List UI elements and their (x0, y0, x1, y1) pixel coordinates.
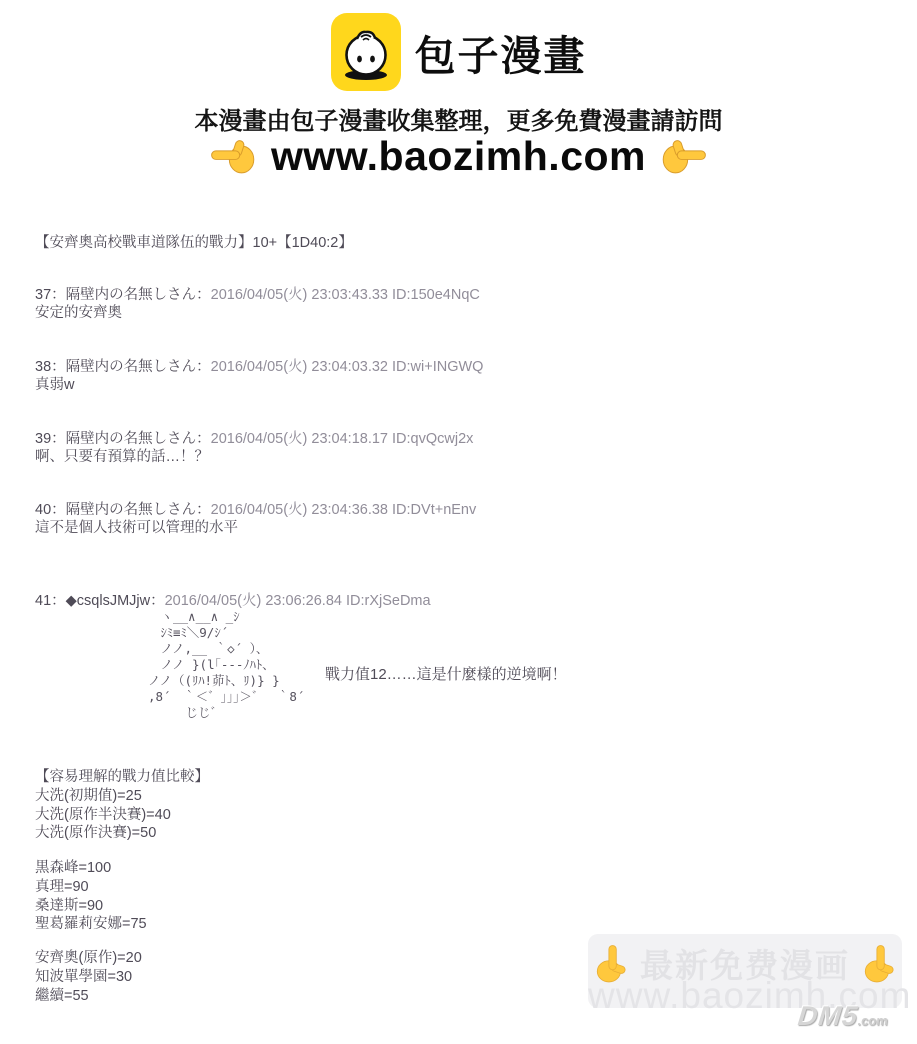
header-logo-row: 包子漫畫 (0, 13, 917, 91)
site-url-link[interactable]: www.baozimh.com (271, 133, 646, 180)
post-header: 39：隔壁内の名無しさん：2016/04/05(火) 23:04:18.17 I… (35, 431, 473, 449)
post-40: 40：隔壁内の名無しさん：2016/04/05(火) 23:04:36.38 I… (35, 502, 476, 537)
post-header: 37：隔壁内の名無しさん：2016/04/05(火) 23:03:43.33 I… (35, 287, 480, 305)
post-header: 40：隔壁内の名無しさん：2016/04/05(火) 23:04:36.38 I… (35, 502, 476, 520)
post-author: 39：隔壁内の名無しさん： (35, 431, 211, 447)
post-timestamp-id: 2016/04/05(火) 23:04:36.38 ID:DVt+nEnv (211, 502, 477, 518)
comparison-title: 【容易理解的戰力值比較】 (35, 769, 209, 785)
baozi-bun-icon (337, 19, 395, 85)
post-38: 38：隔壁内の名無しさん：2016/04/05(火) 23:04:03.32 I… (35, 359, 483, 394)
brand-name: 包子漫畫 (415, 23, 587, 82)
post-body: 這不是個人技術可以管理的水平 (35, 520, 476, 538)
dm5-logo-suffix: .com (857, 1013, 889, 1028)
dm5-logo-text: DM5 (796, 1001, 859, 1032)
post-timestamp-id: 2016/04/05(火) 23:04:18.17 ID:qvQcwj2x (211, 431, 474, 447)
promo-subtitle: 本漫畫由包子漫畫收集整理，更多免費漫畫請訪問 (0, 101, 917, 136)
baozi-logo-icon (331, 13, 401, 91)
post-39: 39：隔壁内の名無しさん：2016/04/05(火) 23:04:18.17 I… (35, 431, 473, 466)
point-right-icon (211, 138, 255, 176)
post-author-tripcode: 41：◆csqlsJMJjw： (35, 593, 165, 609)
post-header: 41：◆csqlsJMJjw：2016/04/05(火) 23:06:26.84… (35, 593, 431, 611)
post-author: 37：隔壁内の名無しさん： (35, 287, 211, 303)
post-37: 37：隔壁内の名無しさん：2016/04/05(火) 23:03:43.33 I… (35, 287, 480, 322)
post-author: 40：隔壁内の名無しさん： (35, 502, 211, 518)
watermark-bubble: 最新免费漫画 www.baozimh.com (588, 934, 902, 1008)
thread-title: 【安齊奧高校戰車道隊伍的戰力】10+【1D40:2】 (35, 231, 353, 252)
power-comparison-ooarai: 【容易理解的戰力值比較】 大洗(初期值)=25 大洗(原作半決賽)=40 大洗(… (35, 768, 209, 843)
site-url-row: www.baozimh.com (0, 133, 917, 180)
post-author: 38：隔壁内の名無しさん： (35, 359, 211, 375)
comic-page: 包子漫畫 本漫畫由包子漫畫收集整理，更多免費漫畫請訪問 www.baozimh.… (0, 0, 917, 1044)
post-body: 安定的安齊奧 (35, 305, 480, 323)
power-comparison-other-schools: 安齊奧(原作)=20 知波單學園=30 繼續=55 (35, 949, 142, 1005)
comparison-lines-ooarai: 大洗(初期值)=25 大洗(原作半決賽)=40 大洗(原作決賽)=50 (35, 788, 171, 842)
post-body: 啊、只要有預算的話…！？ (35, 449, 473, 467)
post-timestamp-id: 2016/04/05(火) 23:03:43.33 ID:150e4NqC (211, 287, 480, 303)
aa-speech-text: 戰力值12……這是什麼樣的逆境啊！ (325, 663, 567, 684)
post-body: 真弱w (35, 377, 483, 395)
post-timestamp-id: 2016/04/05(火) 23:04:03.32 ID:wi+INGWQ (211, 359, 484, 375)
post-timestamp-id: 2016/04/05(火) 23:06:26.84 ID:rXjSeDma (165, 593, 431, 609)
point-left-icon (662, 138, 706, 176)
ascii-art-anchovy: ヽ__∧__∧ _ｼ ｼﾐ≡ﾐ＼9/ｼ´ ノノ,__ ｀◇´ ）、 ノノ }(l… (148, 609, 304, 721)
post-header: 38：隔壁内の名無しさん：2016/04/05(火) 23:04:03.32 I… (35, 359, 483, 377)
dm5-logo: DM5 .com (796, 1001, 890, 1032)
post-41: 41：◆csqlsJMJjw：2016/04/05(火) 23:06:26.84… (35, 593, 431, 611)
power-comparison-top-schools: 黒森峰=100 真理=90 桑達斯=90 聖葛羅莉安娜=75 (35, 859, 147, 934)
